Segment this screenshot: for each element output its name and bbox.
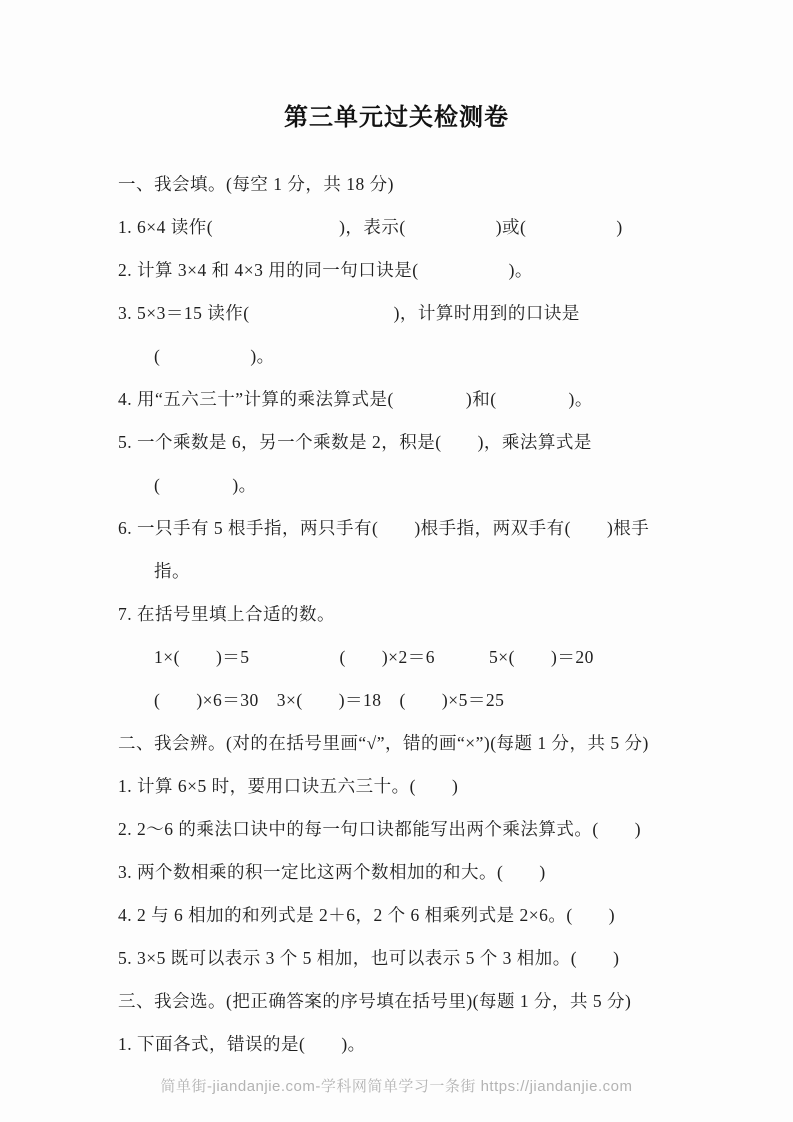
section-2-question-5: 5. 3×5 既可以表示 3 个 5 相加，也可以表示 5 个 3 相加。( ) [118,946,763,971]
section-1-question-6-continuation: 指。 [118,559,763,584]
section-2-question-1: 1. 计算 6×5 时，要用口诀五六三十。( ) [118,774,763,799]
paper-content: 一、我会填。(每空 1 分，共 18 分) 1. 6×4 读作( )，表示( )… [118,172,763,1075]
footer-watermark: 简单街-jiandanjie.com-学科网简单学习一条街 https://ji… [0,1075,793,1096]
page-title: 第三单元过关检测卷 [0,0,793,130]
section-1-question-7-equations-row-2: ( )×6＝30 3×( )＝18 ( )×5＝25 [118,688,763,713]
section-2-heading: 二、我会辨。(对的在括号里画“√”，错的画“×”)(每题 1 分，共 5 分) [118,731,763,756]
section-1-question-7: 7. 在括号里填上合适的数。 [118,602,763,627]
section-1-question-1: 1. 6×4 读作( )，表示( )或( ) [118,215,763,240]
section-1-question-3-continuation: ( )。 [118,344,763,369]
section-1-question-3: 3. 5×3＝15 读作( )，计算时用到的口诀是 [118,301,763,326]
section-1-question-5: 5. 一个乘数是 6，另一个乘数是 2，积是( )，乘法算式是 [118,430,763,455]
section-1-question-6: 6. 一只手有 5 根手指，两只手有( )根手指，两双手有( )根手 [118,516,763,541]
section-3-question-1: 1. 下面各式，错误的是( )。 [118,1032,763,1057]
section-1-question-4: 4. 用“五六三十”计算的乘法算式是( )和( )。 [118,387,763,412]
section-2-question-3: 3. 两个数相乘的积一定比这两个数相加的和大。( ) [118,860,763,885]
section-1-question-2: 2. 计算 3×4 和 4×3 用的同一句口诀是( )。 [118,258,763,283]
section-1-question-7-equations-row-1: 1×( )＝5 ( )×2＝6 5×( )＝20 [118,645,763,670]
section-2-question-4: 4. 2 与 6 相加的和列式是 2＋6，2 个 6 相乘列式是 2×6。( ) [118,903,763,928]
section-1-question-5-continuation: ( )。 [118,473,763,498]
section-3-heading: 三、我会选。(把正确答案的序号填在括号里)(每题 1 分，共 5 分) [118,989,763,1014]
section-1-heading: 一、我会填。(每空 1 分，共 18 分) [118,172,763,197]
section-2-question-2: 2. 2～6 的乘法口诀中的每一句口诀都能写出两个乘法算式。( ) [118,817,763,842]
test-paper-page: 第三单元过关检测卷 一、我会填。(每空 1 分，共 18 分) 1. 6×4 读… [0,0,793,1122]
